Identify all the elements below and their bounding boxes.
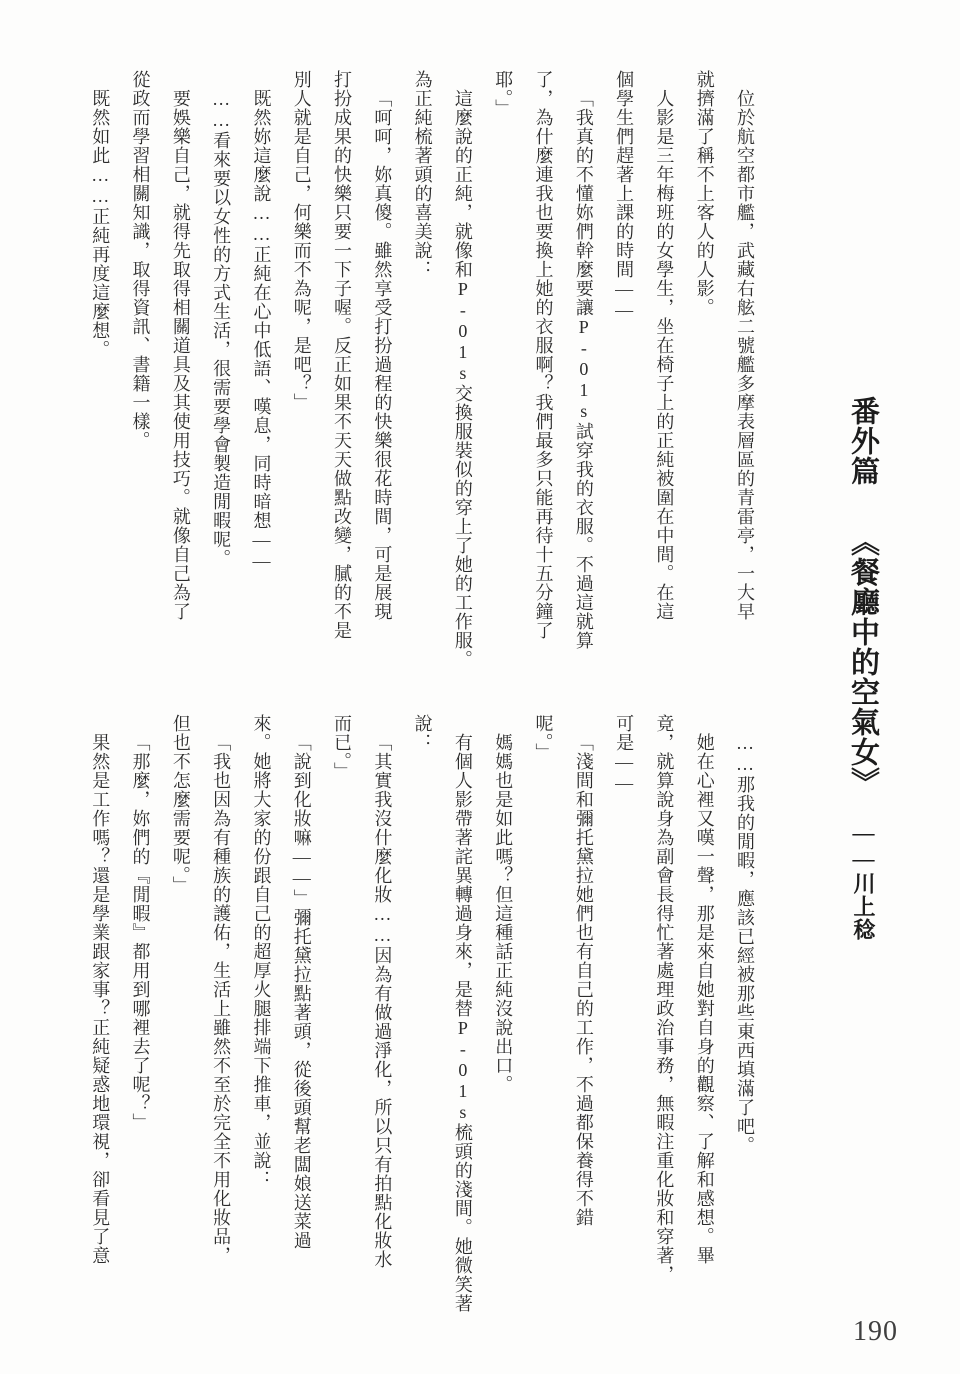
text-column: 「我也因為有種族的護佑，生活上雖然不至於完全不用化妝品， — [201, 714, 241, 1314]
text-column: ……那我的閒暇，應該已經被那些東西填滿了吧。 — [725, 714, 765, 1314]
text-column: 為正純梳著頭的喜美說： — [402, 70, 442, 670]
text-column: 果然是工作嗎？還是學業跟家事？正純疑惑地環視，卻看見了意 — [80, 714, 120, 1314]
text-column: 打扮成果的快樂只要一下子喔。反正如果不天天做點改變，膩的不是 — [322, 70, 362, 670]
text-column: 個學生們趕著上課的時間—— — [604, 70, 644, 670]
author-credit: ——川上稔 — [851, 820, 876, 941]
text-column: 「淺間和彌托黛拉她們也有自己的工作，不過都保養得不錯 — [564, 714, 604, 1314]
text-column: 別人就是自己，何樂而不為呢，是吧？」 — [281, 70, 321, 670]
text-column: 位於航空都市艦，武藏右舷二號艦多摩表層區的青雷亭，一大早 — [725, 70, 765, 670]
text-column: 既然妳這麼說……正純在心中低語、嘆息，同時暗想—— — [241, 70, 281, 670]
chapter-title-column: 番外篇 《餐廳中的空氣女》 ——川上稔 — [842, 396, 884, 941]
story-title: 《餐廳中的空氣女》 — [847, 527, 879, 797]
text-column: 了，為什麼連我也要換上她的衣服啊？我們最多只能再待十五分鐘了 — [523, 70, 563, 670]
text-column: 她在心裡又嘆一聲，那是來自她對自身的觀察、了解和感想。畢 — [684, 714, 724, 1314]
upper-text-block: 位於航空都市艦，武藏右舷二號艦多摩表層區的青雷亭，一大早就擠滿了稱不上客人的人影… — [75, 70, 765, 670]
text-column: 既然如此……正純再度這麼想。 — [80, 70, 120, 670]
text-column: 「那麼，妳們的『閒暇』都用到哪裡去了呢？」 — [120, 714, 160, 1314]
text-column: 「我真的不懂妳們幹麼要讓P-01s試穿我的衣服。不過這就算 — [564, 70, 604, 670]
text-column: 而已。」 — [322, 714, 362, 1314]
text-column: 要娛樂自己，就得先取得相關道具及其使用技巧。就像自己為了 — [161, 70, 201, 670]
book-page: 番外篇 《餐廳中的空氣女》 ——川上稔 位於航空都市艦，武藏右舷二號艦多摩表層區… — [0, 0, 960, 1374]
text-column: 就擠滿了稱不上客人的人影。 — [684, 70, 724, 670]
text-column: 耶。」 — [483, 70, 523, 670]
text-column: 這麼說的正純，就像和P-01s交換服裝似的穿上了她的工作服。 — [443, 70, 483, 670]
text-column: 有個人影帶著詫異轉過身來，是替P-01s梳頭的淺間。她微笑著 — [443, 714, 483, 1314]
text-column: 從政而學習相關知識，取得資訊、書籍一樣。 — [120, 70, 160, 670]
section-label: 番外篇 — [847, 396, 879, 486]
text-column: 人影是三年梅班的女學生，坐在椅子上的正純被圍在中間。在這 — [644, 70, 684, 670]
text-column: 說： — [402, 714, 442, 1314]
text-column: 呢。」 — [523, 714, 563, 1314]
text-column: 但也不怎麼需要呢。」 — [161, 714, 201, 1314]
text-column: 竟，就算說身為副會長得忙著處理政治事務，無暇注重化妝和穿著， — [644, 714, 684, 1314]
lower-text-block: ……那我的閒暇，應該已經被那些東西填滿了吧。她在心裡又嘆一聲，那是來自她對自身的… — [75, 714, 765, 1314]
text-column: 「說到化妝嘛——」彌托黛拉點著頭，從後頭幫老闆娘送菜過 — [281, 714, 321, 1314]
text-column: 來。她將大家的份跟自己的超厚火腿排端下推車，並說： — [241, 714, 281, 1314]
text-column: 可是—— — [604, 714, 644, 1314]
text-column: ……看來要以女性的方式生活，很需要學會製造閒暇呢。 — [201, 70, 241, 670]
text-column: 「其實我沒什麼化妝……因為有做過淨化，所以只有拍點化妝水 — [362, 714, 402, 1314]
text-column: 媽媽也是如此嗎？但這種話正純沒說出口。 — [483, 714, 523, 1314]
page-number: 190 — [853, 1316, 898, 1348]
text-column: 「呵呵，妳真傻。雖然享受打扮過程的快樂很花時間，可是展現 — [362, 70, 402, 670]
